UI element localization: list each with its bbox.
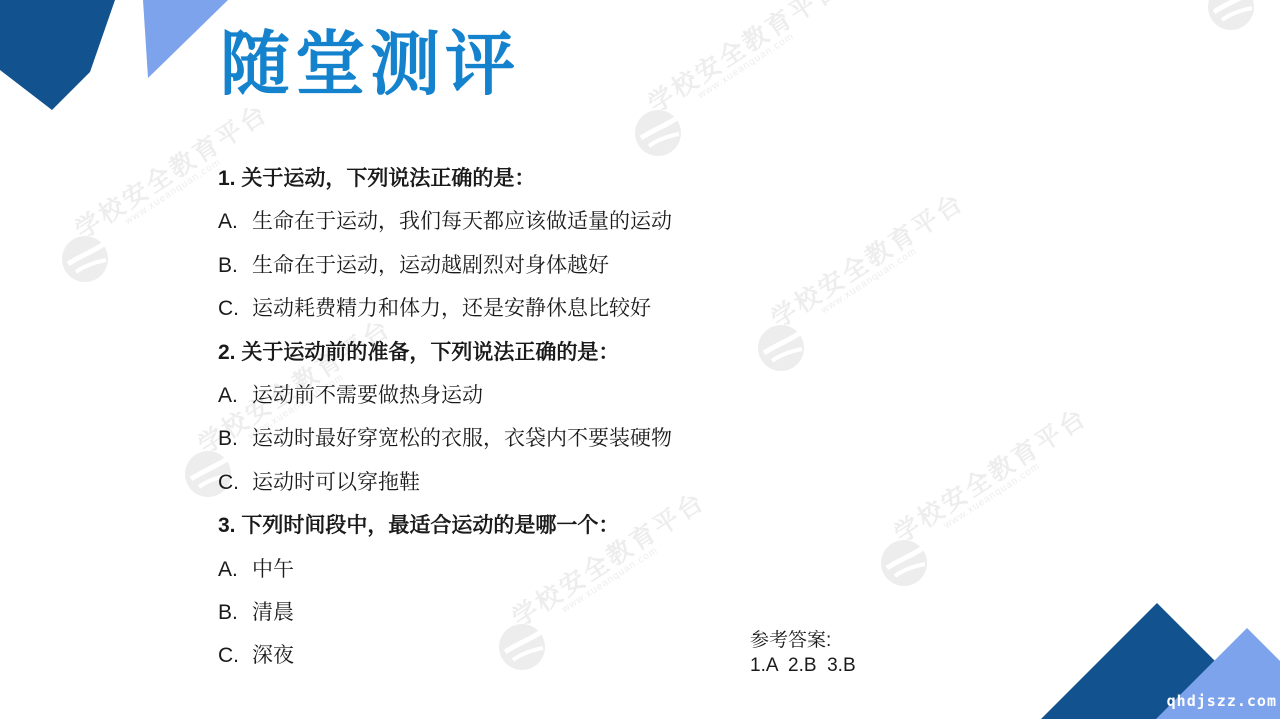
watermark-subtext: www.xueanquan.com bbox=[697, 0, 852, 102]
watermark-subtext: www.xueanquan.com bbox=[4, 0, 159, 14]
option-text: 中午 bbox=[252, 558, 294, 581]
quiz-body: 1. 关于运动，下列说法正确的是： A.生命在于运动，我们每天都应该做适量的运动… bbox=[218, 157, 938, 678]
question-2-prompt: 2. 关于运动前的准备，下列说法正确的是： bbox=[218, 331, 938, 374]
option-letter: C. bbox=[218, 287, 252, 330]
watermark-swoosh-icon bbox=[635, 110, 681, 156]
watermark-text: 学校安全教育平台 bbox=[0, 0, 154, 31]
question-2-option-c: C.运动时可以穿拖鞋 bbox=[218, 461, 938, 504]
question-1-option-a: A.生命在于运动，我们每天都应该做适量的运动 bbox=[218, 200, 938, 243]
watermark-subtext: www.xueanquan.com bbox=[943, 426, 1098, 532]
watermark-text: 学校安全教育平台 bbox=[643, 0, 846, 119]
option-text: 深夜 bbox=[252, 644, 294, 667]
site-url: qhdjszz.com bbox=[1167, 692, 1277, 710]
question-3-option-a: A.中午 bbox=[218, 548, 938, 591]
question-2-option-b: B.运动时最好穿宽松的衣服，衣袋内不要装硬物 bbox=[218, 417, 938, 460]
option-letter: B. bbox=[218, 417, 252, 460]
slide-title: 随堂测评 bbox=[220, 22, 520, 106]
slide: 学校安全教育平台www.xueanquan.com 学校安全教育平台www.xu… bbox=[0, 0, 1280, 719]
option-text: 清晨 bbox=[252, 601, 294, 624]
reference-answers-values: 1.A 2.B 3.B bbox=[750, 653, 856, 678]
option-text: 生命在于运动，我们每天都应该做适量的运动 bbox=[252, 210, 672, 233]
option-letter: A. bbox=[218, 548, 252, 591]
option-text: 运动时可以穿拖鞋 bbox=[252, 471, 420, 494]
reference-answers-label: 参考答案: bbox=[750, 628, 856, 653]
option-letter: B. bbox=[218, 244, 252, 287]
watermark-swoosh-icon bbox=[62, 236, 108, 282]
question-1-prompt: 1. 关于运动，下列说法正确的是： bbox=[218, 157, 938, 200]
question-3-prompt: 3. 下列时间段中，最适合运动的是哪一个： bbox=[218, 504, 938, 547]
option-text: 运动时最好穿宽松的衣服，衣袋内不要装硬物 bbox=[252, 427, 672, 450]
question-1-option-b: B.生命在于运动，运动越剧烈对身体越好 bbox=[218, 244, 938, 287]
watermark-swoosh-icon bbox=[1208, 0, 1254, 30]
option-text: 运动耗费精力和体力，还是安静休息比较好 bbox=[252, 297, 651, 320]
option-letter: B. bbox=[218, 591, 252, 634]
question-1-option-c: C.运动耗费精力和体力，还是安静休息比较好 bbox=[218, 287, 938, 330]
option-letter: A. bbox=[218, 374, 252, 417]
option-letter: A. bbox=[218, 200, 252, 243]
option-letter: C. bbox=[218, 461, 252, 504]
option-text: 运动前不需要做热身运动 bbox=[252, 384, 483, 407]
reference-answers: 参考答案: 1.A 2.B 3.B bbox=[750, 628, 856, 678]
question-2-option-a: A.运动前不需要做热身运动 bbox=[218, 374, 938, 417]
option-text: 生命在于运动，运动越剧烈对身体越好 bbox=[252, 254, 609, 277]
option-letter: C. bbox=[218, 634, 252, 677]
